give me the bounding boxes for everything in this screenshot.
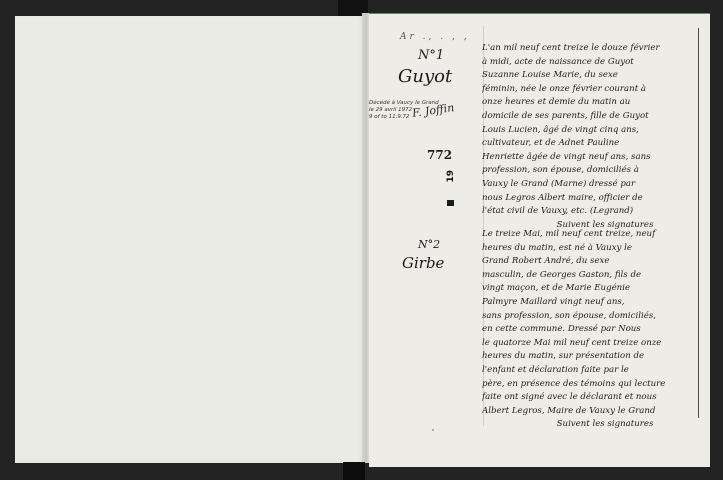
entry-line: heures du matin, est né à Vauxy le xyxy=(482,242,698,256)
entry-line: vingt maçon, et de Marie Eugénie xyxy=(482,282,698,296)
entry-line: L'an mil neuf cent treize le douze févri… xyxy=(482,42,698,56)
entry-line: onze heures et demie du matin au xyxy=(482,96,698,110)
entry-line: nous Legros Albert maire, officier de xyxy=(482,192,698,206)
entry-line: Suzanne Louise Marie, du sexe xyxy=(482,69,698,83)
entry-line: cultivateur, et de Adnet Pauline xyxy=(482,137,698,151)
right-border-rule xyxy=(698,28,699,418)
entry-line: l'état civil de Vauxy, etc. (Legrand) xyxy=(482,205,698,219)
entry-line: en cette commune. Dressé par Nous xyxy=(482,323,698,337)
entry-line: Vauxy le Grand (Marne) dressé par xyxy=(482,178,698,192)
entry-line: le quatorze Mai mil neuf cent treize onz… xyxy=(482,337,698,351)
entry-line: l'enfant et déclaration faite par le xyxy=(482,364,698,378)
entry-1-stamp-number: 772 xyxy=(427,148,452,162)
entry-line: père, en présence des témoins qui lectur… xyxy=(482,378,698,392)
entry-line: Palmyre Maillard vingt neuf ans, xyxy=(482,296,698,310)
entry-line: masculin, de Georges Gaston, fils de xyxy=(482,269,698,283)
entry-2-number: N°2 xyxy=(418,238,440,251)
entry-2-closing: Suivent les signatures xyxy=(482,418,698,432)
entry-1-text: L'an mil neuf cent treize le douze févri… xyxy=(482,42,698,232)
entry-line: à midi, acte de naissance de Guyot xyxy=(482,56,698,70)
entry-2-margin-name: Girbe xyxy=(402,254,444,272)
stamp-block-mark xyxy=(447,200,454,206)
entry-line: sans profession, son épouse, domiciliés, xyxy=(482,310,698,324)
entry-2-text: Le treize Mai, mil neuf cent treize, neu… xyxy=(482,228,698,432)
entry-line: domicile de ses parents, fille de Guyot xyxy=(482,110,698,124)
entry-1-number: N°1 xyxy=(418,48,444,63)
paper-speck xyxy=(432,429,434,431)
entry-line: heures du matin, sur présentation de xyxy=(482,350,698,364)
entry-line: Grand Robert André, du sexe xyxy=(482,255,698,269)
entry-line: profession, son épouse, domiciliés à xyxy=(482,164,698,178)
entry-line: Henriette âgée de vingt neuf ans, sans xyxy=(482,151,698,165)
header-scrawl: Ar ., . , , xyxy=(400,32,470,42)
binding-spine-bottom xyxy=(343,462,365,480)
entry-line: Le treize Mai, mil neuf cent treize, neu… xyxy=(482,228,698,242)
entry-line: Albert Legros, Maire de Vauxy le Grand xyxy=(482,405,698,419)
left-page-blank xyxy=(15,16,365,463)
entry-line: féminin, née le onze février courant à xyxy=(482,83,698,97)
vertical-stamp: 19 xyxy=(446,170,456,183)
entry-1-margin-name: Guyot xyxy=(398,66,452,87)
entry-line: faite ont signé avec le déclarant et nou… xyxy=(482,391,698,405)
entry-line: Louis Lucien, âgé de vingt cinq ans, xyxy=(482,124,698,138)
